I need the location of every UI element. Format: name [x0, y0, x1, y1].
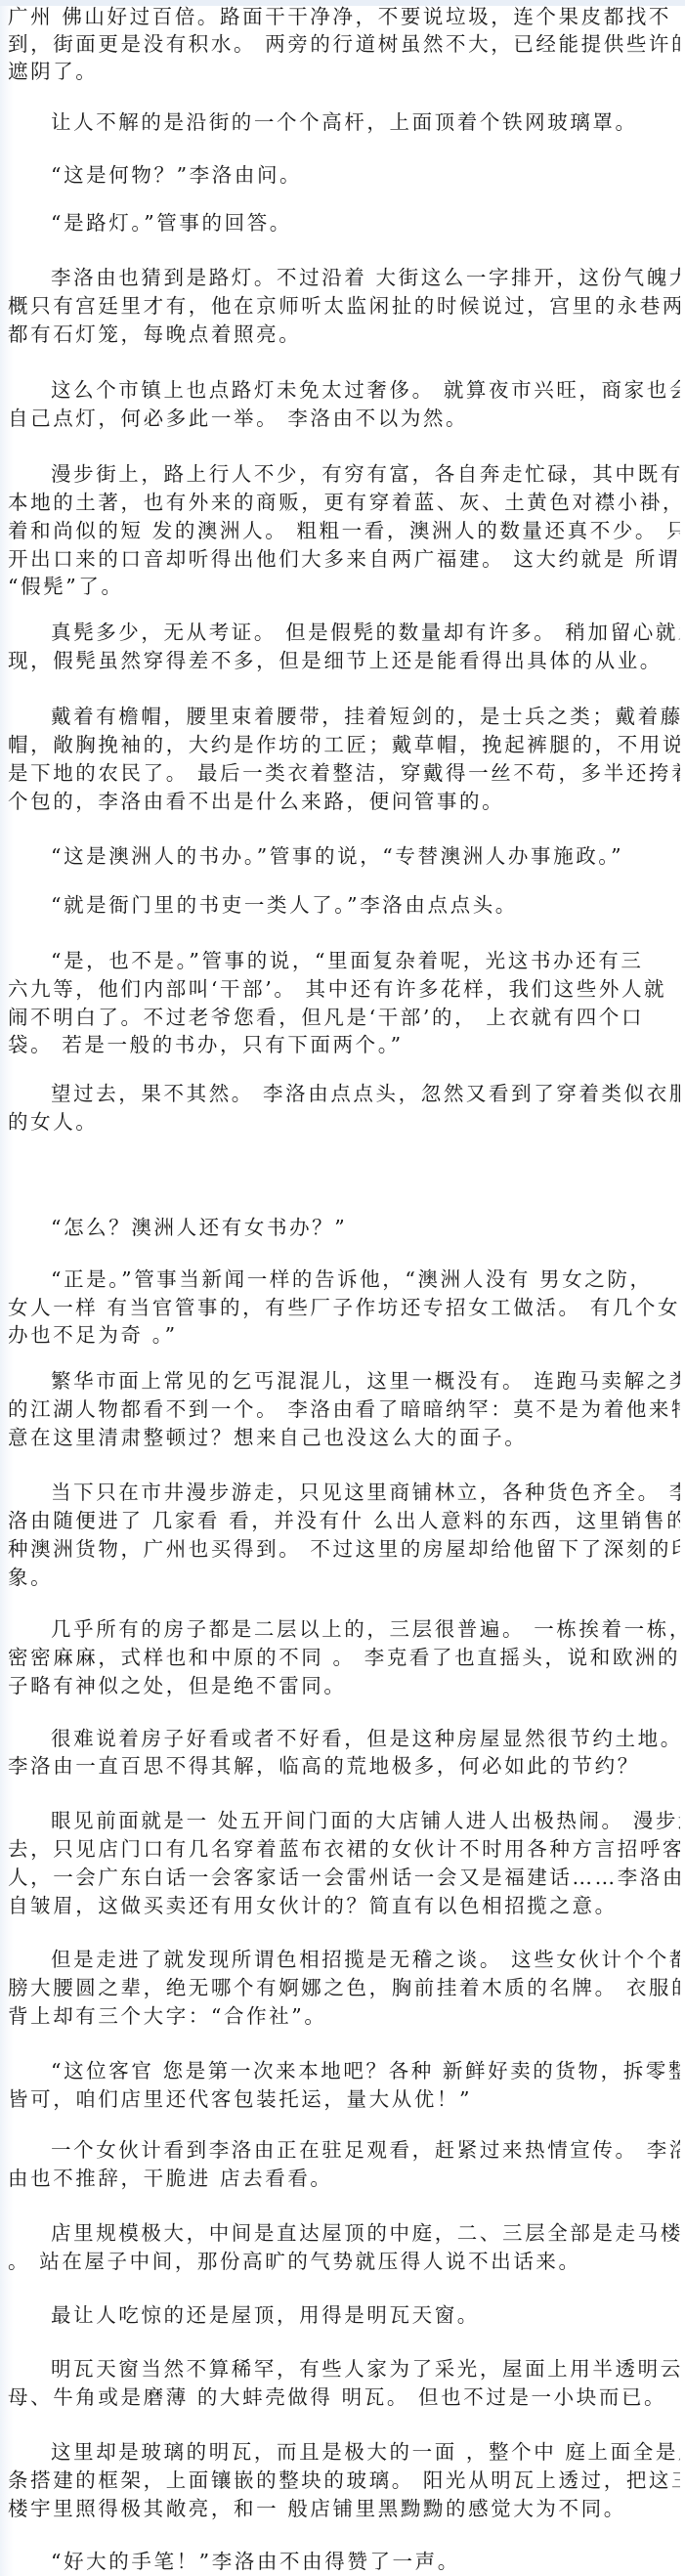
text-line: 着和尚似的短 发的澳洲人。 粗粗一看，澳洲人的数量还真不少。 只是 — [8, 518, 680, 543]
scanned-page: 广州 佛山好过百倍。路面干干净净，不要说垃圾，连个果皮都找不到，街面更是没有积水… — [0, 0, 685, 2576]
text-line: “是，也不是。”管事的说，“里面复杂着呢，光这书办还有三 — [51, 948, 680, 973]
text-line: 帽，敞胸挽袖的，大约是作坊的工匠；戴草帽，挽起裤腿的，不用说 — [8, 732, 680, 757]
text-line: 皆可，咱们店里还代客包装托运，量大从优！” — [8, 2086, 680, 2112]
text-line: 李洛由一直百思不得其解，临高的荒地极多，何必如此的节约？ — [8, 1753, 680, 1779]
text-line: 到，街面更是没有积水。 两旁的行道树虽然不大，已经能提供些许的 — [8, 31, 680, 57]
text-line: 本地的土著，也有外来的商贩，更有穿着蓝、灰、土黄色对襟小褂，留 — [8, 490, 680, 515]
text-line: “好大的手笔！”李洛由不由得赞了一声。 — [51, 2549, 680, 2574]
text-line: 子略有神似之处，但是绝不雷同。 — [8, 1673, 680, 1698]
text-line: 几乎所有的房子都是二层以上的，三层很普遍。 一栋挨着一栋， — [51, 1616, 680, 1642]
text-line: 象。 — [8, 1565, 680, 1590]
text-line: “这是澳洲人的书办。”管事的说，“专替澳洲人办事施政。” — [51, 843, 680, 869]
text-line: 店里规模极大，中间是直达屋顶的中庭，二、三层全部是走马楼 — [51, 2220, 680, 2246]
text-line: “正是。”管事当新闻一样的告诉他，“澳洲人没有 男女之防， — [51, 1267, 680, 1292]
text-line: 意在这里清肃整顿过？想来自己也没这么大的面子。 — [8, 1425, 680, 1450]
text-line: 最让人吃惊的还是屋顶，用得是明瓦天窗。 — [51, 2302, 680, 2328]
text-line: 自己点灯，何必多此一举。 李洛由不以为然。 — [8, 406, 680, 431]
text-line: 开出口来的口音却听得出他们大多来自两广福建。 这大约就是 所谓的 — [8, 546, 680, 572]
text-line: 广州 佛山好过百倍。路面干干净净，不要说垃圾，连个果皮都找不 — [8, 4, 680, 29]
text-line: 的女人。 — [8, 1109, 680, 1135]
text-line: 这么个市镇上也点路灯未免太过奢侈。 就算夜市兴旺，商家也会 — [51, 377, 680, 403]
text-line: 洛由随便进了 几家看 看，并没有什 么出人意料的东西，这里销售的各 — [8, 1508, 680, 1533]
text-line: “这是何物？”李洛由问。 — [51, 162, 680, 188]
text-line: 明瓦天窗当然不算稀罕，有些人家为了采光，屋面上用半透明云 — [51, 2356, 680, 2382]
text-line: 女人一样 有当官管事的，有些厂子作坊还专招女工做活。 有几个女书 — [8, 1295, 680, 1320]
text-line: 这里却是玻璃的明瓦，而且是极大的一面 ，整个中 庭上面全是用铁 — [51, 2439, 680, 2465]
text-line: 个包的，李洛由看不出是什么来路，便问管事的。 — [8, 789, 680, 814]
text-line: 密密麻麻，式样也和中原的不同 。 李克看了也直摇头，说和欧洲的房 — [8, 1645, 680, 1670]
text-line: 当下只在市井漫步游走，只见这里商铺林立，各种货色齐全。 李 — [51, 1480, 680, 1505]
text-line: 自皱眉，这做买卖还有用女伙计的？简直有以色相招揽之意。 — [8, 1893, 680, 1918]
text-line: “怎么？澳洲人还有女书办？” — [51, 1215, 680, 1240]
text-line: 。 站在屋子中间，那份高旷的气势就压得人说不出话来。 — [8, 2249, 680, 2274]
text-line: 是下地的农民了。 最后一类衣着整洁，穿戴得一丝不苟，多半还挎着 — [8, 760, 680, 786]
text-line: 人，一会广东白话一会客家话一会雷州话一会又是福建话……李洛由暗 — [8, 1865, 680, 1890]
text-line: 李洛由也猜到是路灯。不过沿着 大街这么一字排开，这份气魄大 — [51, 265, 680, 290]
text-line: “是路灯。”管事的回答。 — [51, 210, 680, 236]
text-line: 的江湖人物都看不到一个。 李洛由看了暗暗纳罕：莫不是为着他来特 — [8, 1396, 680, 1422]
text-line: 繁华市面上常见的乞丐混混儿，这里一概没有。 连跑马卖解之类 — [51, 1368, 680, 1394]
text-line: 闹不明白了。不过老爷您看，但凡是‘干部’的， 上衣就有四个口 — [8, 1005, 680, 1030]
text-line: “就是衙门里的书吏一类人了。”李洛由点点头。 — [51, 892, 680, 918]
text-line: 去，只见店门口有几名穿着蓝布衣裙的女伙计不时用各种方言招呼客 — [8, 1836, 680, 1862]
text-line: 六九等，他们内部叫‘干部’。 其中还有许多花样，我们这些外人就 — [8, 976, 680, 1002]
text-line: 戴着有檐帽，腰里束着腰带，挂着短剑的，是士兵之类；戴着藤盔 — [51, 704, 680, 729]
text-line: 望过去，果不其然。 李洛由点点头，忽然又看到了穿着类似衣服 — [51, 1081, 680, 1106]
text-line: 让人不解的是沿街的一个个高杆，上面顶着个铁网玻璃罩。 — [51, 109, 680, 135]
text-line: 但是走进了就发现所谓色相招揽是无稽之谈。 这些女伙计个个都是 — [51, 1947, 680, 1972]
text-line: 种澳洲货物，广州也买得到。 不过这里的房屋却给他留下了深刻的印 — [8, 1536, 680, 1562]
text-line: “这位客官 您是第一次来本地吧？各种 新鲜好卖的货物，拆零整趸 — [51, 2058, 680, 2083]
text-line: 遮阴了。 — [8, 59, 680, 84]
text-line: 办也不足为奇 。” — [8, 1322, 680, 1348]
text-line: 母、牛角或是磨薄 的大蚌壳做得 明瓦。 但也不过是一小块而已。 — [8, 2384, 680, 2410]
text-line: 概只有宫廷里才有，他在京师听太监闲扯的时候说过，宫里的永巷两旁 — [8, 293, 680, 319]
text-line: “假髡”了。 — [8, 574, 680, 599]
text-line: 现，假髡虽然穿得差不多，但是细节上还是能看得出具体的从业。 — [8, 648, 680, 673]
text-line: 一个女伙计看到李洛由正在驻足观看，赶紧过来热情宣传。 李洛 — [51, 2137, 680, 2163]
text-line: 漫步街上，路上行人不少，有穷有富，各自奔走忙碌，其中既有 — [51, 461, 680, 487]
text-line: 袋。 若是一般的书办，只有下面两个。” — [8, 1032, 680, 1057]
text-line: 膀大腰圆之辈，绝无哪个有婀娜之色，胸前挂着木质的名牌。 衣服的 — [8, 1975, 680, 2000]
text-line: 条搭建的框架，上面镶嵌的整块的玻璃。 阳光从明瓦上透过，把这三层 — [8, 2468, 680, 2493]
text-line: 楼宇里照得极其敞亮，和一 般店铺里黑黝黝的感觉大为不同。 — [8, 2496, 680, 2521]
text-line: 由也不推辞，干脆进 店去看看。 — [8, 2166, 680, 2191]
text-line: 眼见前面就是一 处五开间门面的大店铺人进人出极热闹。 漫步过 — [51, 1808, 680, 1833]
text-line: 很难说着房子好看或者不好看，但是这种房屋显然很节约土地。 — [51, 1726, 680, 1751]
text-line: 背上却有三个大字：“合作社”。 — [8, 2003, 680, 2029]
text-line: 都有石灯笼，每晚点着照亮。 — [8, 322, 680, 347]
text-line: 真髡多少，无从考证。 但是假髡的数量却有许多。 稍加留心就发 — [51, 620, 680, 645]
